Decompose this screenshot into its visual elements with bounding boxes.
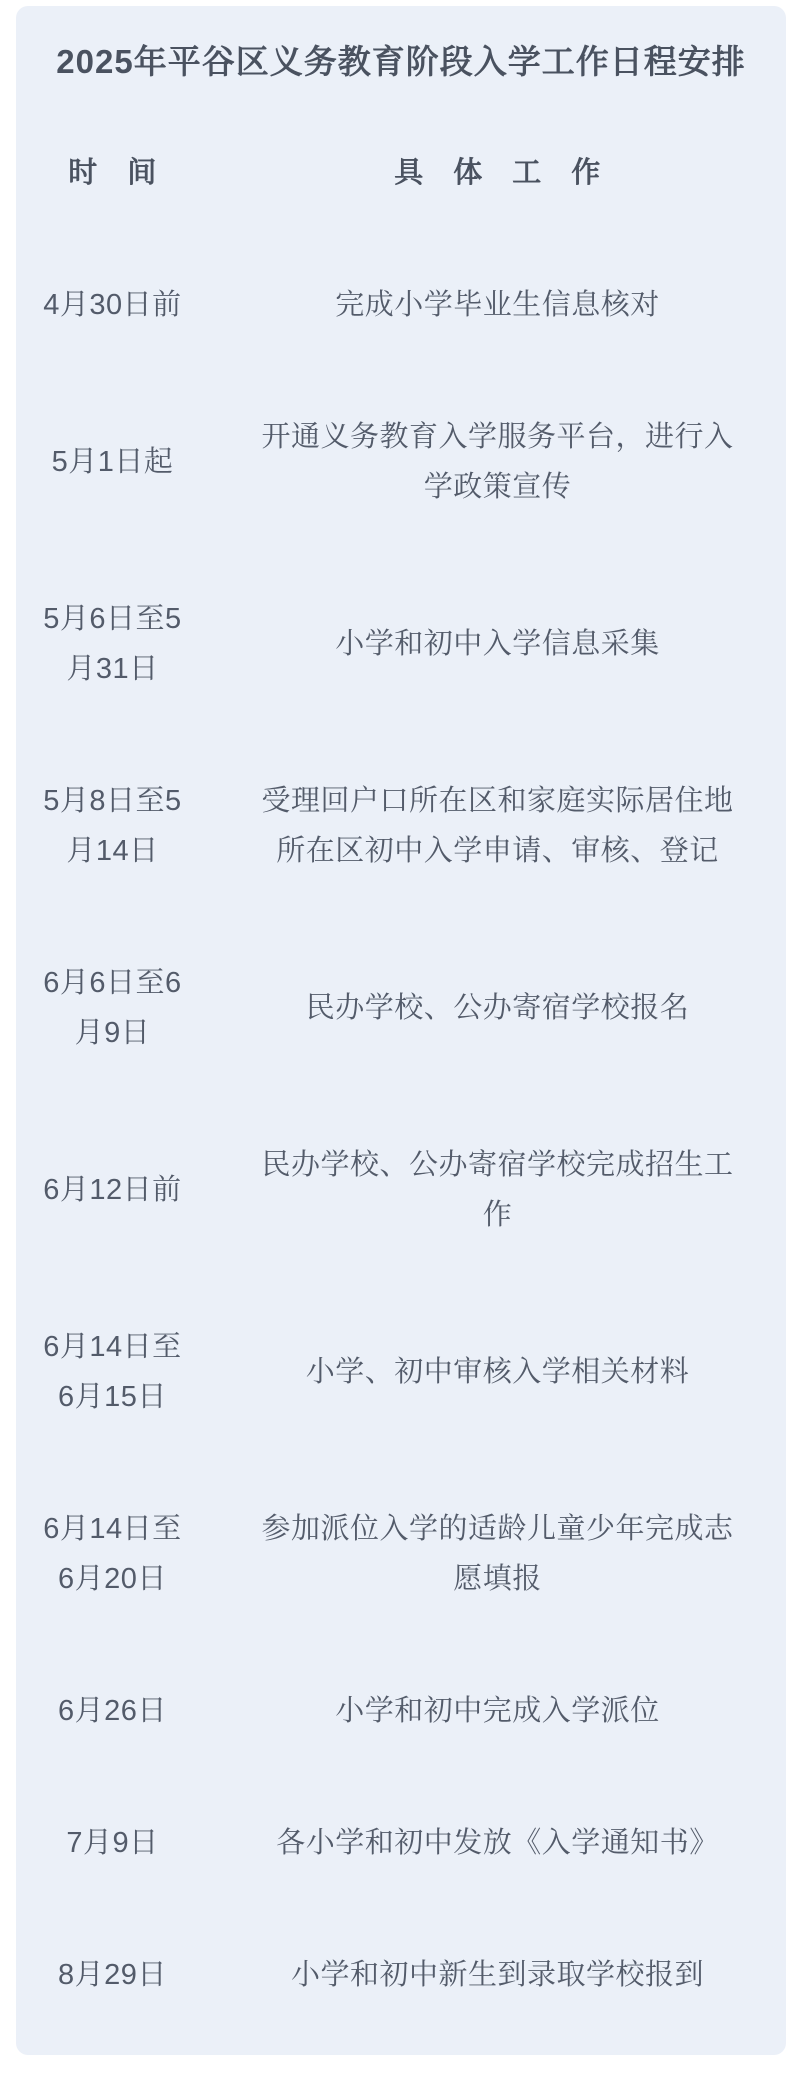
row-time: 5月8日至5 月14日 bbox=[30, 776, 195, 876]
table-row: 4月30日前 完成小学毕业生信息核对 bbox=[30, 239, 772, 371]
row-work: 参加派位入学的适龄儿童少年完成志 愿填报 bbox=[223, 1504, 772, 1604]
row-work: 开通义务教育入学服务平台，进行入 学政策宣传 bbox=[223, 412, 772, 512]
table-row: 6月12日前 民办学校、公办寄宿学校完成招生工 作 bbox=[30, 1099, 772, 1281]
row-work: 各小学和初中发放《入学通知书》 bbox=[223, 1818, 772, 1868]
row-time: 6月14日至 6月20日 bbox=[30, 1504, 195, 1604]
table-header-row: 时 间 具 体 工 作 bbox=[30, 82, 772, 239]
row-time: 6月6日至6 月9日 bbox=[30, 958, 195, 1058]
column-header-work: 具 体 工 作 bbox=[223, 148, 772, 198]
row-time: 5月6日至5 月31日 bbox=[30, 594, 195, 694]
row-work: 小学和初中新生到录取学校报到 bbox=[223, 1950, 772, 2000]
row-time: 5月1日起 bbox=[30, 437, 195, 487]
row-time: 6月12日前 bbox=[30, 1165, 195, 1215]
page: 2025年平谷区义务教育阶段入学工作日程安排 时 间 具 体 工 作 4月30日… bbox=[0, 0, 800, 2087]
row-time: 6月26日 bbox=[30, 1686, 195, 1736]
row-work: 民办学校、公办寄宿学校报名 bbox=[223, 983, 772, 1033]
row-work: 受理回户口所在区和家庭实际居住地 所在区初中入学申请、审核、登记 bbox=[223, 776, 772, 876]
row-time: 6月14日至 6月15日 bbox=[30, 1322, 195, 1422]
table-row: 6月14日至 6月20日 参加派位入学的适龄儿童少年完成志 愿填报 bbox=[30, 1463, 772, 1645]
row-work: 完成小学毕业生信息核对 bbox=[223, 280, 772, 330]
row-time: 4月30日前 bbox=[30, 280, 195, 330]
table-row: 5月6日至5 月31日 小学和初中入学信息采集 bbox=[30, 553, 772, 735]
row-work: 小学、初中审核入学相关材料 bbox=[223, 1347, 772, 1397]
row-work: 民办学校、公办寄宿学校完成招生工 作 bbox=[223, 1140, 772, 1240]
table-row: 6月14日至 6月15日 小学、初中审核入学相关材料 bbox=[30, 1281, 772, 1463]
table-row: 5月1日起 开通义务教育入学服务平台，进行入 学政策宣传 bbox=[30, 371, 772, 553]
row-time: 8月29日 bbox=[30, 1950, 195, 2000]
table-row: 6月26日 小学和初中完成入学派位 bbox=[30, 1645, 772, 1777]
column-header-time: 时 间 bbox=[30, 148, 195, 198]
schedule-title: 2025年平谷区义务教育阶段入学工作日程安排 bbox=[30, 6, 772, 82]
row-time: 7月9日 bbox=[30, 1818, 195, 1868]
row-work: 小学和初中入学信息采集 bbox=[223, 619, 772, 669]
table-row: 5月8日至5 月14日 受理回户口所在区和家庭实际居住地 所在区初中入学申请、审… bbox=[30, 735, 772, 917]
table-row: 8月29日 小学和初中新生到录取学校报到 bbox=[30, 1909, 772, 2041]
row-work: 小学和初中完成入学派位 bbox=[223, 1686, 772, 1736]
table-row: 6月6日至6 月9日 民办学校、公办寄宿学校报名 bbox=[30, 917, 772, 1099]
table-row: 7月9日 各小学和初中发放《入学通知书》 bbox=[30, 1777, 772, 1909]
schedule-card: 2025年平谷区义务教育阶段入学工作日程安排 时 间 具 体 工 作 4月30日… bbox=[16, 6, 786, 2055]
